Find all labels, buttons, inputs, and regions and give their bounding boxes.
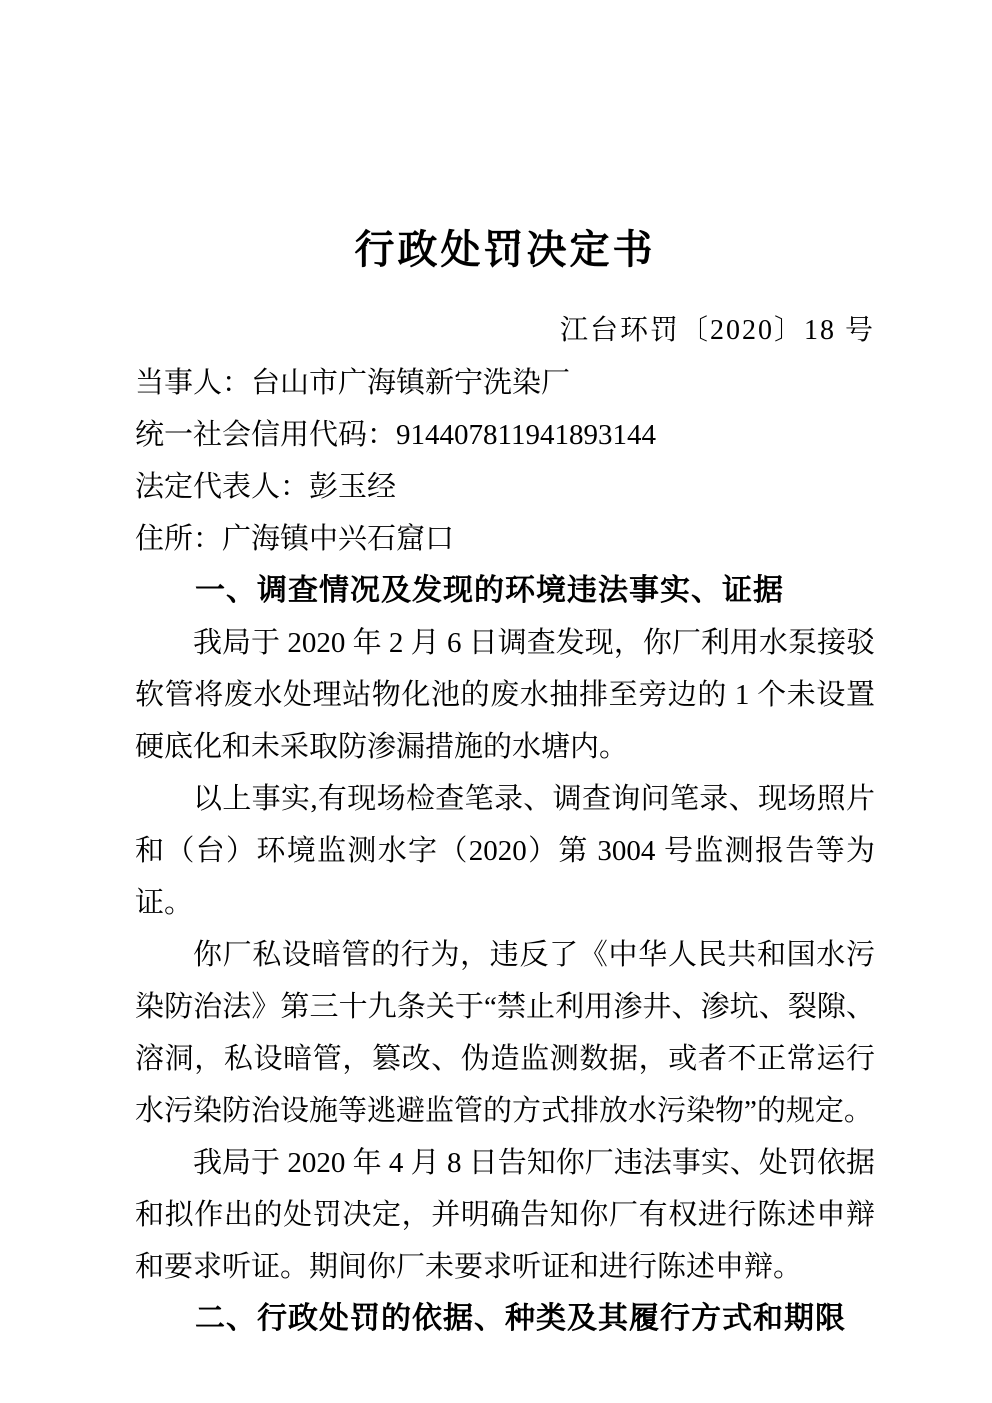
document-number: 江台环罚〔2020〕18 号 [135,305,875,357]
section-2-heading: 二、行政处罚的依据、种类及其履行方式和期限 [135,1293,875,1345]
section-1-paragraph-4: 我局于 2020 年 4 月 8 日告知你厂违法事实、处罚依据和拟作出的处罚决定… [135,1137,875,1293]
document-page: 行政处罚决定书 江台环罚〔2020〕18 号 当事人：台山市广海镇新宁洗染厂 统… [0,0,992,1403]
legal-representative-label: 法定代表人： [135,471,309,503]
credit-code-value: 914407811941893144 [396,419,656,451]
party-name-label: 当事人： [135,367,251,399]
address-label: 住所： [135,523,222,555]
address-value: 广海镇中兴石窟口 [222,523,454,555]
section-1-paragraph-3: 你厂私设暗管的行为，违反了《中华人民共和国水污染防治法》第三十九条关于“禁止利用… [135,929,875,1137]
section-1-heading: 一、调查情况及发现的环境违法事实、证据 [135,565,875,617]
section-1-paragraph-1: 我局于 2020 年 2 月 6 日调查发现，你厂利用水泵接驳软管将废水处理站物… [135,617,875,773]
legal-representative-value: 彭玉经 [309,471,396,503]
credit-code-line: 统一社会信用代码：914407811941893144 [135,409,875,461]
party-name-value: 台山市广海镇新宁洗染厂 [251,367,570,399]
legal-representative-line: 法定代表人：彭玉经 [135,461,875,513]
address-line: 住所：广海镇中兴石窟口 [135,513,875,565]
document-title: 行政处罚决定书 [135,222,875,278]
section-1-paragraph-2: 以上事实,有现场检查笔录、调查询问笔录、现场照片和（台）环境监测水字（2020）… [135,773,875,929]
party-name-line: 当事人：台山市广海镇新宁洗染厂 [135,357,875,409]
credit-code-label: 统一社会信用代码： [135,419,396,451]
